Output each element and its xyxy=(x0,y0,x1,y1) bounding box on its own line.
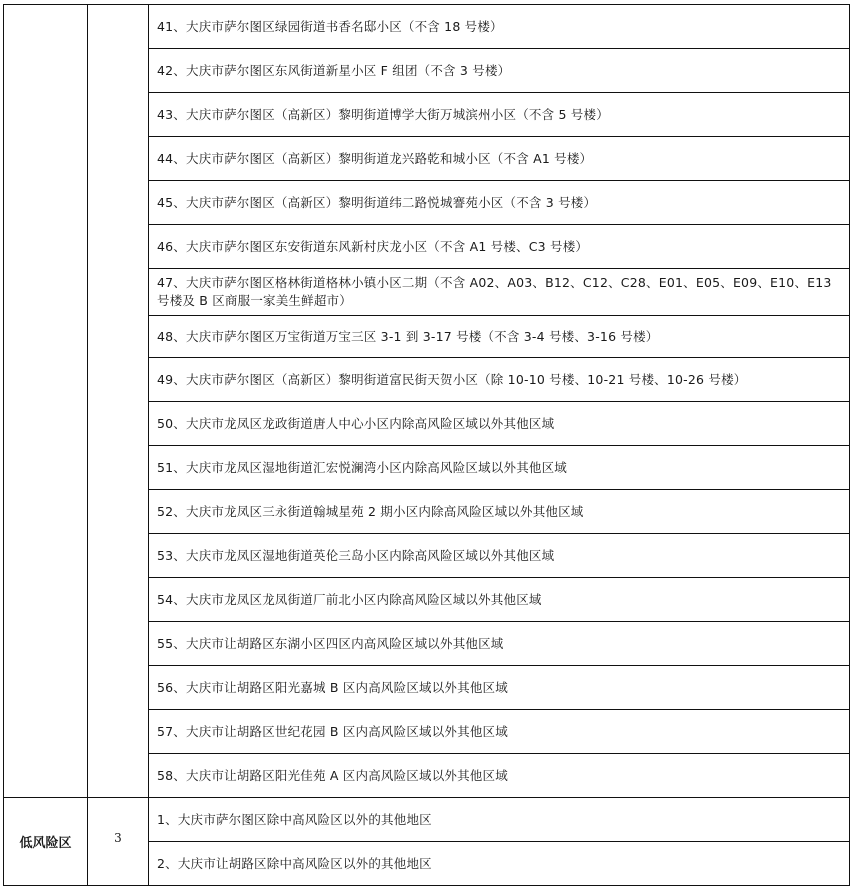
area-item: 57、大庆市让胡路区世纪花园 B 区内高风险区域以外其他区域 xyxy=(149,710,850,754)
area-item: 52、大庆市龙凤区三永街道翰城星苑 2 期小区内除高风险区域以外其他区域 xyxy=(149,490,850,534)
area-item: 44、大庆市萨尔图区（高新区）黎明街道龙兴路乾和城小区（不含 A1 号楼） xyxy=(149,137,850,181)
area-item: 45、大庆市萨尔图区（高新区）黎明街道纬二路悦城謇苑小区（不含 3 号楼） xyxy=(149,181,850,225)
risk-level-cell-medium xyxy=(4,5,88,798)
table-row: 41、大庆市萨尔图区绿园街道书香名邸小区（不含 18 号楼） xyxy=(4,5,850,49)
area-item: 48、大庆市萨尔图区万宝街道万宝三区 3-1 到 3-17 号楼（不含 3-4 … xyxy=(149,316,850,358)
area-item: 53、大庆市龙凤区湿地街道英伦三岛小区内除高风险区域以外其他区域 xyxy=(149,534,850,578)
area-item: 46、大庆市萨尔图区东安街道东风新村庆龙小区（不含 A1 号楼、C3 号楼） xyxy=(149,225,850,269)
area-item: 49、大庆市萨尔图区（高新区）黎明街道富民街天贺小区（除 10-10 号楼、10… xyxy=(149,358,850,402)
area-item: 51、大庆市龙凤区湿地街道汇宏悦澜湾小区内除高风险区域以外其他区域 xyxy=(149,446,850,490)
area-count-cell-medium xyxy=(88,5,149,798)
area-count-cell-low: 3 xyxy=(88,798,149,886)
risk-area-table: 41、大庆市萨尔图区绿园街道书香名邸小区（不含 18 号楼） 42、大庆市萨尔图… xyxy=(3,4,850,886)
area-item: 47、大庆市萨尔图区格林街道格林小镇小区二期（不含 A02、A03、B12、C1… xyxy=(149,269,850,316)
area-item: 50、大庆市龙凤区龙政街道唐人中心小区内除高风险区域以外其他区域 xyxy=(149,402,850,446)
area-item: 55、大庆市让胡路区东湖小区四区内高风险区域以外其他区域 xyxy=(149,622,850,666)
risk-level-cell-low: 低风险区 xyxy=(4,798,88,886)
area-item: 43、大庆市萨尔图区（高新区）黎明街道博学大街万城滨州小区（不含 5 号楼） xyxy=(149,93,850,137)
area-item: 58、大庆市让胡路区阳光佳苑 A 区内高风险区域以外其他区域 xyxy=(149,754,850,798)
area-item: 2、大庆市让胡路区除中高风险区以外的其他地区 xyxy=(149,842,850,886)
table-row: 低风险区 3 1、大庆市萨尔图区除中高风险区以外的其他地区 xyxy=(4,798,850,842)
area-item: 1、大庆市萨尔图区除中高风险区以外的其他地区 xyxy=(149,798,850,842)
area-item: 41、大庆市萨尔图区绿园街道书香名邸小区（不含 18 号楼） xyxy=(149,5,850,49)
area-item: 56、大庆市让胡路区阳光嘉城 B 区内高风险区域以外其他区域 xyxy=(149,666,850,710)
area-item: 42、大庆市萨尔图区东风街道新星小区 F 组团（不含 3 号楼） xyxy=(149,49,850,93)
area-item: 54、大庆市龙凤区龙凤街道厂前北小区内除高风险区域以外其他区域 xyxy=(149,578,850,622)
